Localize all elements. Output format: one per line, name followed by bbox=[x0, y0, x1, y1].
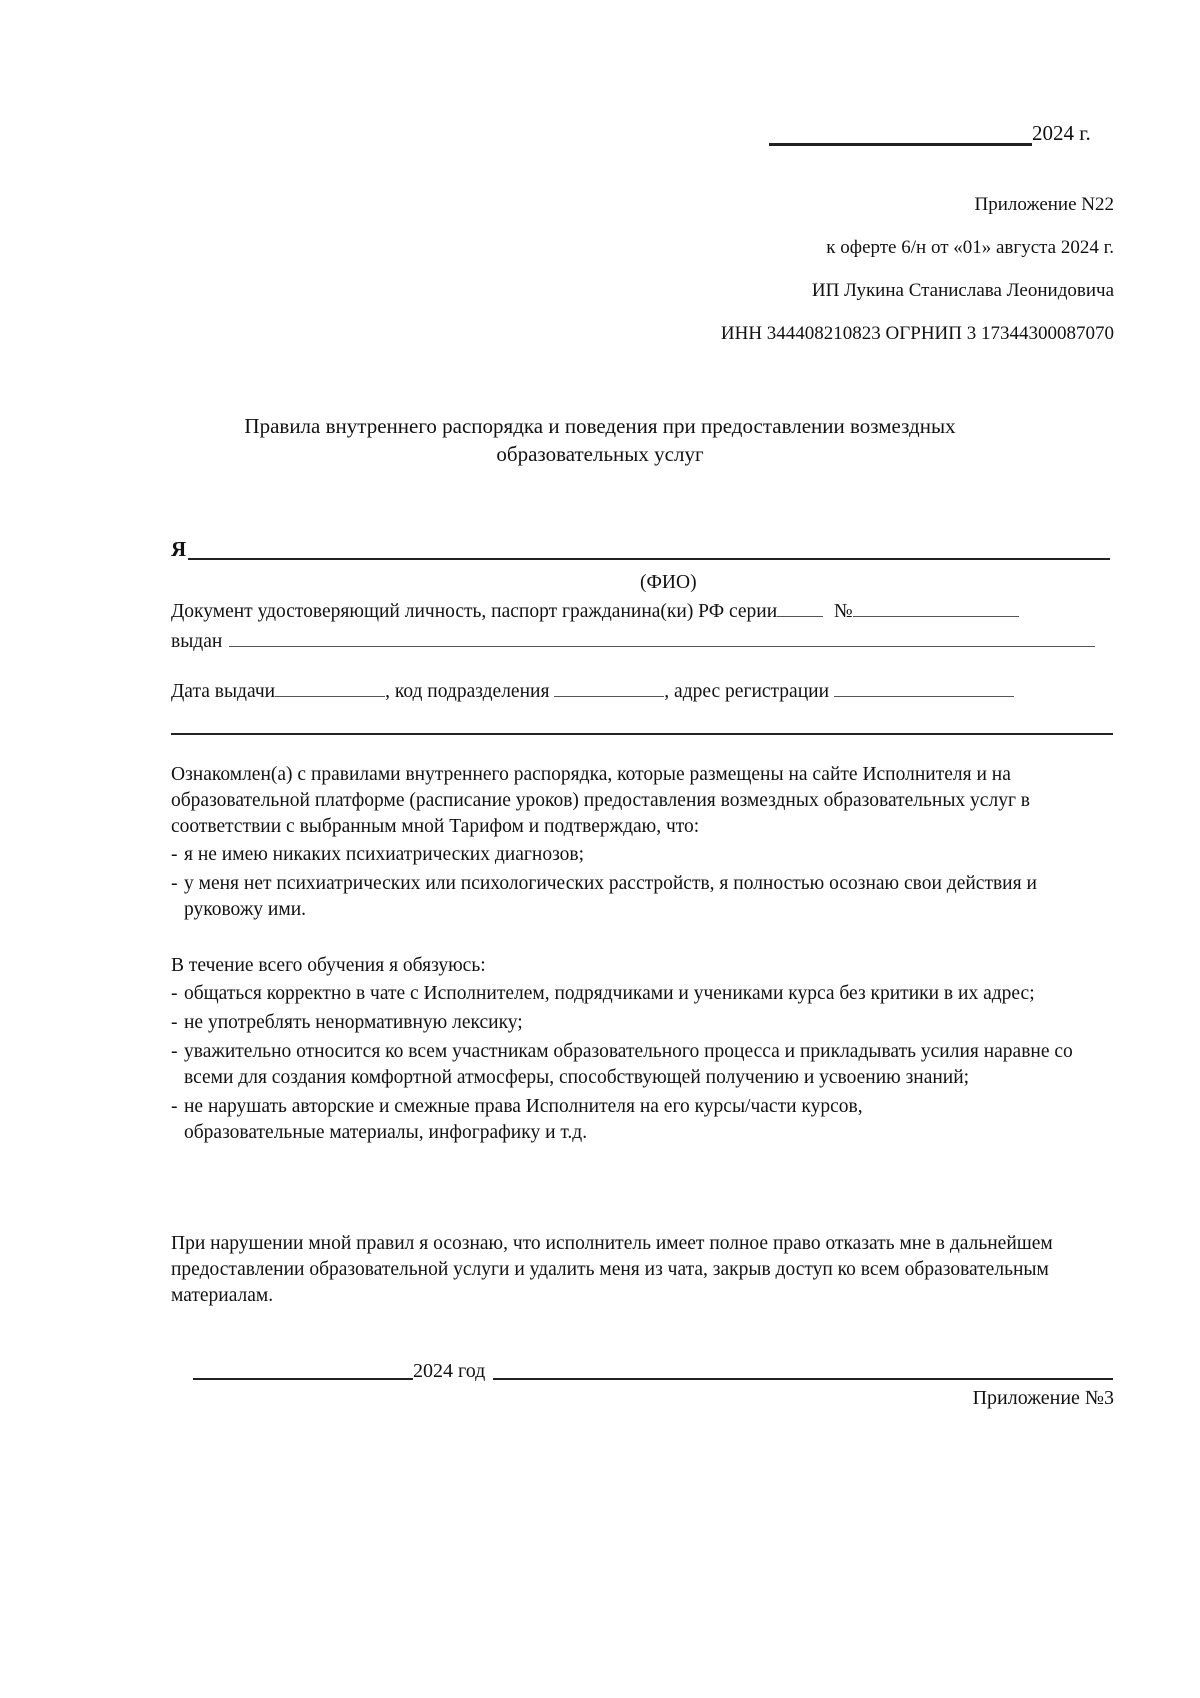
issued-by-field[interactable] bbox=[229, 628, 1095, 647]
division-code-field[interactable] bbox=[554, 678, 664, 697]
obligations-intro: В течение всего обучения я обязуюсь: bbox=[171, 953, 1121, 979]
list-item: общаться корректно в чате с Исполнителем… bbox=[171, 981, 1121, 1007]
list-item: я не имею никаких психиатрических диагно… bbox=[171, 842, 1121, 868]
address-continuation-field[interactable] bbox=[171, 733, 1113, 735]
document-title-text: Правила внутреннего распорядка и поведен… bbox=[180, 412, 1020, 468]
registration-numbers: ИНН 344408210823 ОГРНИП 3 17344300087070 bbox=[721, 321, 1114, 347]
acknowledgement-section: Ознакомлен(а) с правилами внутреннего ра… bbox=[171, 762, 1121, 923]
date-fill-line[interactable] bbox=[769, 143, 1032, 146]
passport-number-field[interactable] bbox=[853, 598, 1019, 617]
ya-label: Я bbox=[171, 537, 186, 562]
acknowledgement-intro: Ознакомлен(а) с правилами внутреннего ра… bbox=[171, 762, 1121, 840]
issue-date-row: Дата выдачи, код подразделения , адрес р… bbox=[171, 678, 1014, 705]
address-field[interactable] bbox=[834, 678, 1014, 697]
signature-date-field[interactable] bbox=[193, 1378, 413, 1380]
fio-caption: (ФИО) bbox=[640, 570, 697, 596]
list-item: уважительно относится ко всем участникам… bbox=[171, 1039, 1121, 1091]
list-item: не употреблять ненормативную лексику; bbox=[171, 1010, 1121, 1036]
issue-date-label: Дата выдачи bbox=[171, 681, 275, 702]
passport-series-field[interactable] bbox=[777, 598, 823, 617]
entrepreneur-name: ИП Лукина Станислава Леонидовича bbox=[812, 278, 1114, 304]
issued-row: выдан bbox=[171, 628, 1095, 655]
appendix-3-label: Приложение №3 bbox=[973, 1385, 1114, 1411]
appendix-number: Приложение N22 bbox=[975, 192, 1114, 218]
violation-paragraph: При нарушении мной правил я осознаю, что… bbox=[171, 1231, 1116, 1309]
signature-year: 2024 год bbox=[413, 1358, 485, 1384]
passport-row: Документ удостоверяющий личность, паспор… bbox=[171, 598, 1019, 625]
issued-label: выдан bbox=[171, 631, 222, 652]
address-label: , адрес регистрации bbox=[664, 681, 829, 702]
division-code-label: , код подразделения bbox=[385, 681, 549, 702]
document-date-suffix: 2024 г. bbox=[1032, 120, 1091, 146]
list-item: у меня нет психиатрических или психологи… bbox=[171, 871, 1121, 923]
list-item: не нарушать авторские и смежные права Ис… bbox=[171, 1094, 1121, 1146]
offer-reference: к оферте 6/н от «01» августа 2024 г. bbox=[826, 235, 1114, 261]
signature-field[interactable] bbox=[493, 1378, 1113, 1380]
obligations-section: В течение всего обучения я обязуюсь: общ… bbox=[171, 953, 1121, 1146]
number-label: № bbox=[834, 601, 853, 622]
full-name-field[interactable] bbox=[188, 558, 1110, 560]
issue-date-field[interactable] bbox=[275, 678, 385, 697]
passport-label: Документ удостоверяющий личность, паспор… bbox=[171, 601, 777, 622]
document-title: Правила внутреннего распорядка и поведен… bbox=[0, 412, 1200, 468]
